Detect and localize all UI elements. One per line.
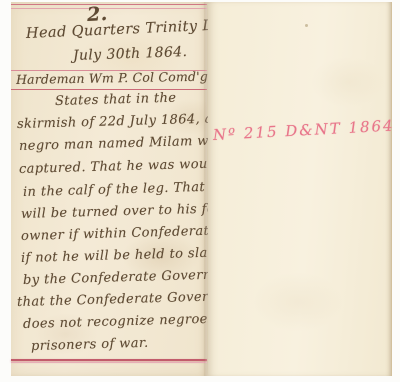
ruled-line — [11, 4, 207, 5]
heading-place-line: Head Quarters Trinity La — [26, 17, 222, 42]
ruled-line — [11, 359, 207, 361]
handwritten-line: in the calf of the leg. That he — [23, 179, 227, 200]
red-docket-notation: Nº 215 D&NT 1864 — [213, 116, 395, 143]
ruled-line — [11, 89, 207, 90]
ruled-line — [11, 8, 207, 9]
document-page-right: Nº 215 D&NT 1864 — [208, 2, 392, 376]
document-page-left: 2. Head Quarters Trinity La July 30th 18… — [11, 2, 208, 376]
paper-stain — [305, 24, 308, 27]
ruled-line — [11, 362, 207, 363]
handwritten-line: prisoners of war. — [31, 336, 149, 354]
scan-background: 2. Head Quarters Trinity La July 30th 18… — [0, 0, 400, 382]
handwritten-line: negro man named Milam was, — [19, 133, 229, 154]
handwritten-line: skirmish of 22d July 1864, a — [17, 112, 213, 132]
heading-date-line: July 30th 1864. — [73, 44, 188, 64]
handwritten-line: States that in the — [55, 91, 177, 109]
